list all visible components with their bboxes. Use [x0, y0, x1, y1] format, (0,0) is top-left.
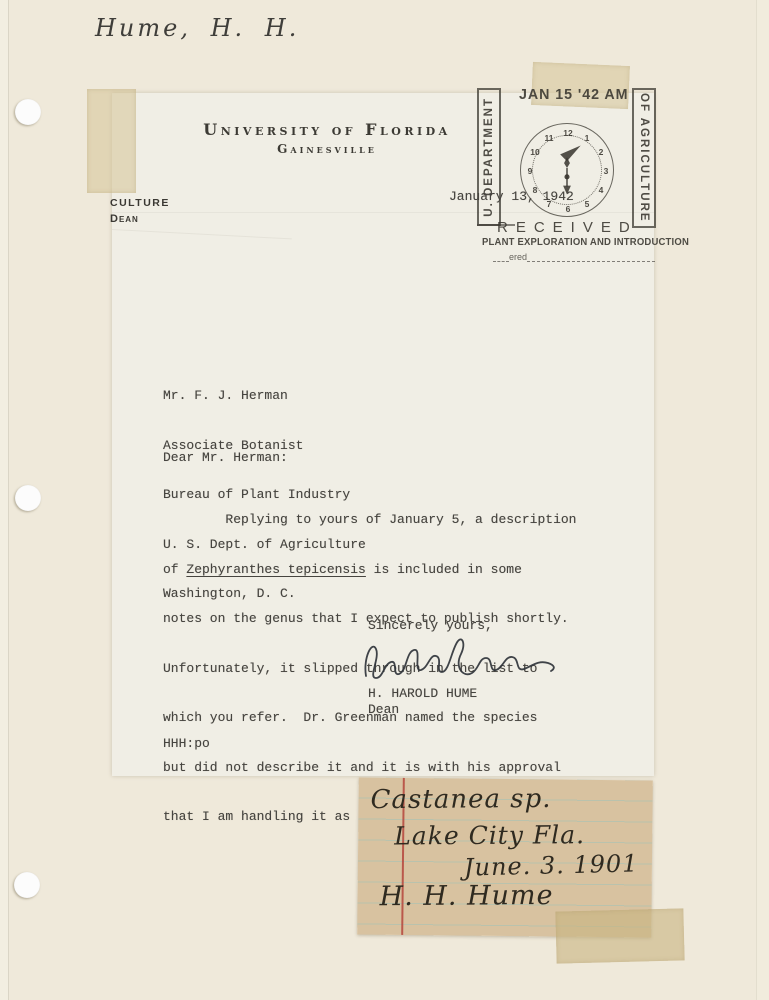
typed-date: January 13, 1942 — [449, 189, 574, 206]
answered-dash-left — [493, 251, 509, 262]
body-line: Replying to yours of January 5, a descri… — [163, 512, 576, 529]
tape-top-left — [87, 89, 136, 193]
tape-bottom-right — [555, 908, 684, 963]
salutation: Dear Mr. Herman: — [163, 450, 288, 467]
album-page-right-edge — [756, 0, 769, 1000]
species-name-underlined: Zephyranthes tepicensis — [186, 562, 365, 577]
letter-crease-2 — [112, 229, 292, 239]
card-date-line: June. 3. 1901 — [464, 849, 639, 881]
body-line-segment: of — [163, 562, 186, 577]
recipient-line: Mr. F. J. Herman — [163, 388, 366, 405]
received-stamp: U. DEPARTMENT JAN 15 '42 AM OF AGRICULTU… — [475, 85, 661, 271]
card-species-line: Castanea sp. — [371, 784, 552, 815]
answered-dash-right — [527, 251, 655, 262]
hole-punch — [15, 99, 41, 125]
body-line-segment: is included in some — [366, 562, 522, 577]
letterhead-left-dean: Dean — [110, 213, 139, 225]
stamp-received-label: RECEIVED — [497, 219, 638, 236]
letterhead: University of Florida Gainesville — [187, 120, 467, 156]
typist-initials: HHH:po — [163, 736, 210, 753]
album-page: Hume, H. H. University of Florida Gaines… — [0, 0, 769, 1000]
hole-punch — [14, 872, 40, 898]
handwritten-catalog-name: Hume, H. H. — [95, 14, 299, 42]
hole-punch — [15, 485, 41, 511]
letterhead-subtitle: Gainesville — [187, 142, 467, 156]
body-line: but did not describe it and it is with h… — [163, 760, 576, 777]
letterhead-left-culture: CULTURE — [110, 197, 170, 209]
stamp-answered-line: ered — [493, 251, 655, 262]
stamp-subtitle-label: PLANT EXPLORATION AND INTRODUCTION — [482, 237, 689, 248]
letterhead-title: University of Florida — [187, 120, 467, 139]
album-page-left-edge — [0, 0, 9, 1000]
card-collector-line: H. H. Hume — [379, 880, 553, 912]
stamp-date-line: JAN 15 '42 AM — [519, 86, 628, 103]
stamp-agriculture-label: OF AGRICULTURE — [638, 93, 650, 223]
body-line: of Zephyranthes tepicensis is included i… — [163, 562, 576, 579]
card-location-line: Lake City Fla. — [394, 820, 585, 850]
signer-title: Dean — [368, 702, 399, 719]
stamp-right-box: OF AGRICULTURE — [632, 88, 656, 228]
handwritten-signature-icon — [358, 630, 563, 692]
stamp-answered-fragment: ered — [509, 252, 527, 262]
